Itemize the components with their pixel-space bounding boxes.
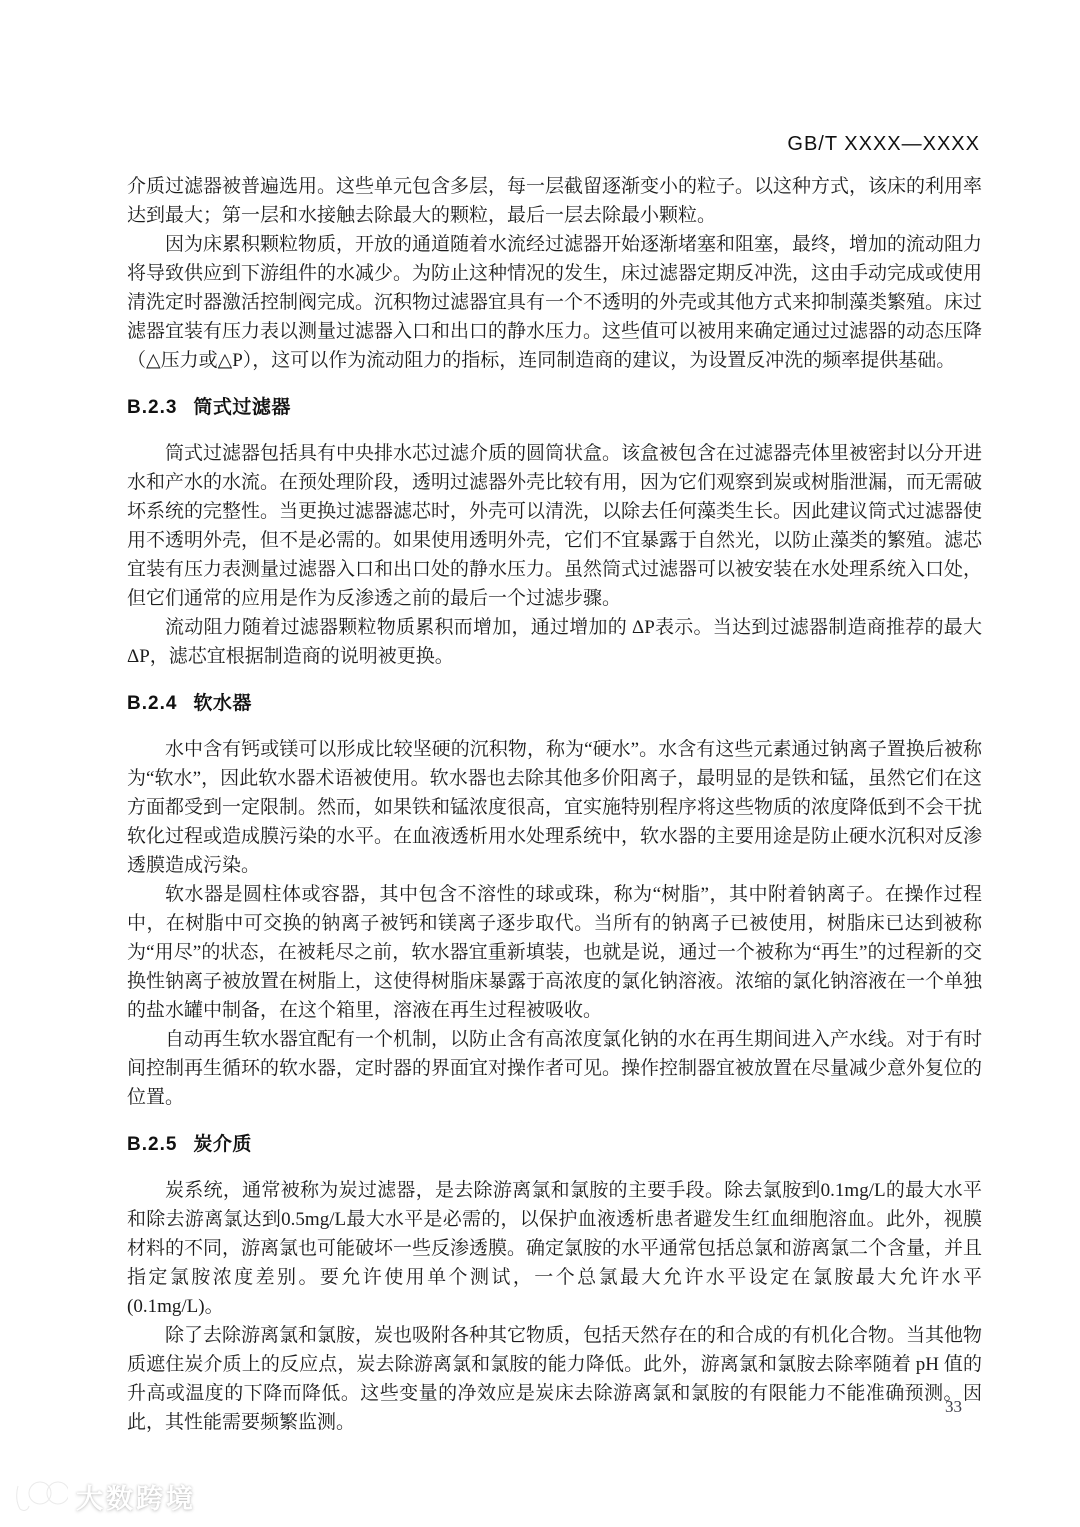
heading-number: B.2.5 bbox=[127, 1134, 177, 1155]
paragraph: 介质过滤器被普遍选用。这些单元包含多层，每一层截留逐渐变小的粒子。以这种方式，该… bbox=[127, 172, 982, 230]
watermark: 大数跨境 bbox=[10, 1476, 196, 1516]
paragraph: 软水器是圆柱体或容器，其中包含不溶性的球或珠，称为“树脂”，其中附着钠离子。在操… bbox=[127, 880, 982, 1025]
paragraph: 炭系统，通常被称为炭过滤器，是去除游离氯和氯胺的主要手段。除去氯胺到0.1mg/… bbox=[127, 1176, 982, 1321]
heading-title: 筒式过滤器 bbox=[193, 397, 291, 418]
heading-title: 炭介质 bbox=[193, 1134, 252, 1155]
heading-b-2-5: B.2.5炭介质 bbox=[127, 1130, 982, 1159]
paragraph: 除了去除游离氯和氯胺，炭也吸附各种其它物质，包括天然存在的和合成的有机化合物。当… bbox=[127, 1321, 982, 1437]
watermark-text: 大数跨境 bbox=[76, 1477, 196, 1516]
heading-number: B.2.3 bbox=[127, 397, 177, 418]
document-page: GB/T XXXX—XXXX 介质过滤器被普遍选用。这些单元包含多层，每一层截留… bbox=[0, 0, 1080, 1527]
paragraph: 因为床累积颗粒物质，开放的通道随着水流经过滤器开始逐渐堵塞和阻塞，最终，增加的流… bbox=[127, 230, 982, 375]
paragraph: 流动阻力随着过滤器颗粒物质累积而增加，通过增加的 ΔP表示。当达到过滤器制造商推… bbox=[127, 613, 982, 671]
page-number: 33 bbox=[945, 1397, 962, 1417]
heading-b-2-3: B.2.3筒式过滤器 bbox=[127, 393, 982, 422]
paragraph: 自动再生软水器宜配有一个机制，以防止含有高浓度氯化钠的水在再生期间进入产水线。对… bbox=[127, 1025, 982, 1112]
document-body: 介质过滤器被普遍选用。这些单元包含多层，每一层截留逐渐变小的粒子。以这种方式，该… bbox=[127, 172, 982, 1437]
paragraph: 筒式过滤器包括具有中央排水芯过滤介质的圆筒状盒。该盒被包含在过滤器壳体里被密封以… bbox=[127, 439, 982, 613]
running-header: GB/T XXXX—XXXX bbox=[787, 133, 980, 156]
heading-title: 软水器 bbox=[193, 693, 252, 714]
heading-number: B.2.4 bbox=[127, 693, 177, 714]
paragraph: 水中含有钙或镁可以形成比较坚硬的沉积物，称为“硬水”。水含有这些元素通过钠离子置… bbox=[127, 735, 982, 880]
heading-b-2-4: B.2.4软水器 bbox=[127, 689, 982, 718]
watermark-100-logo-icon bbox=[10, 1476, 68, 1516]
